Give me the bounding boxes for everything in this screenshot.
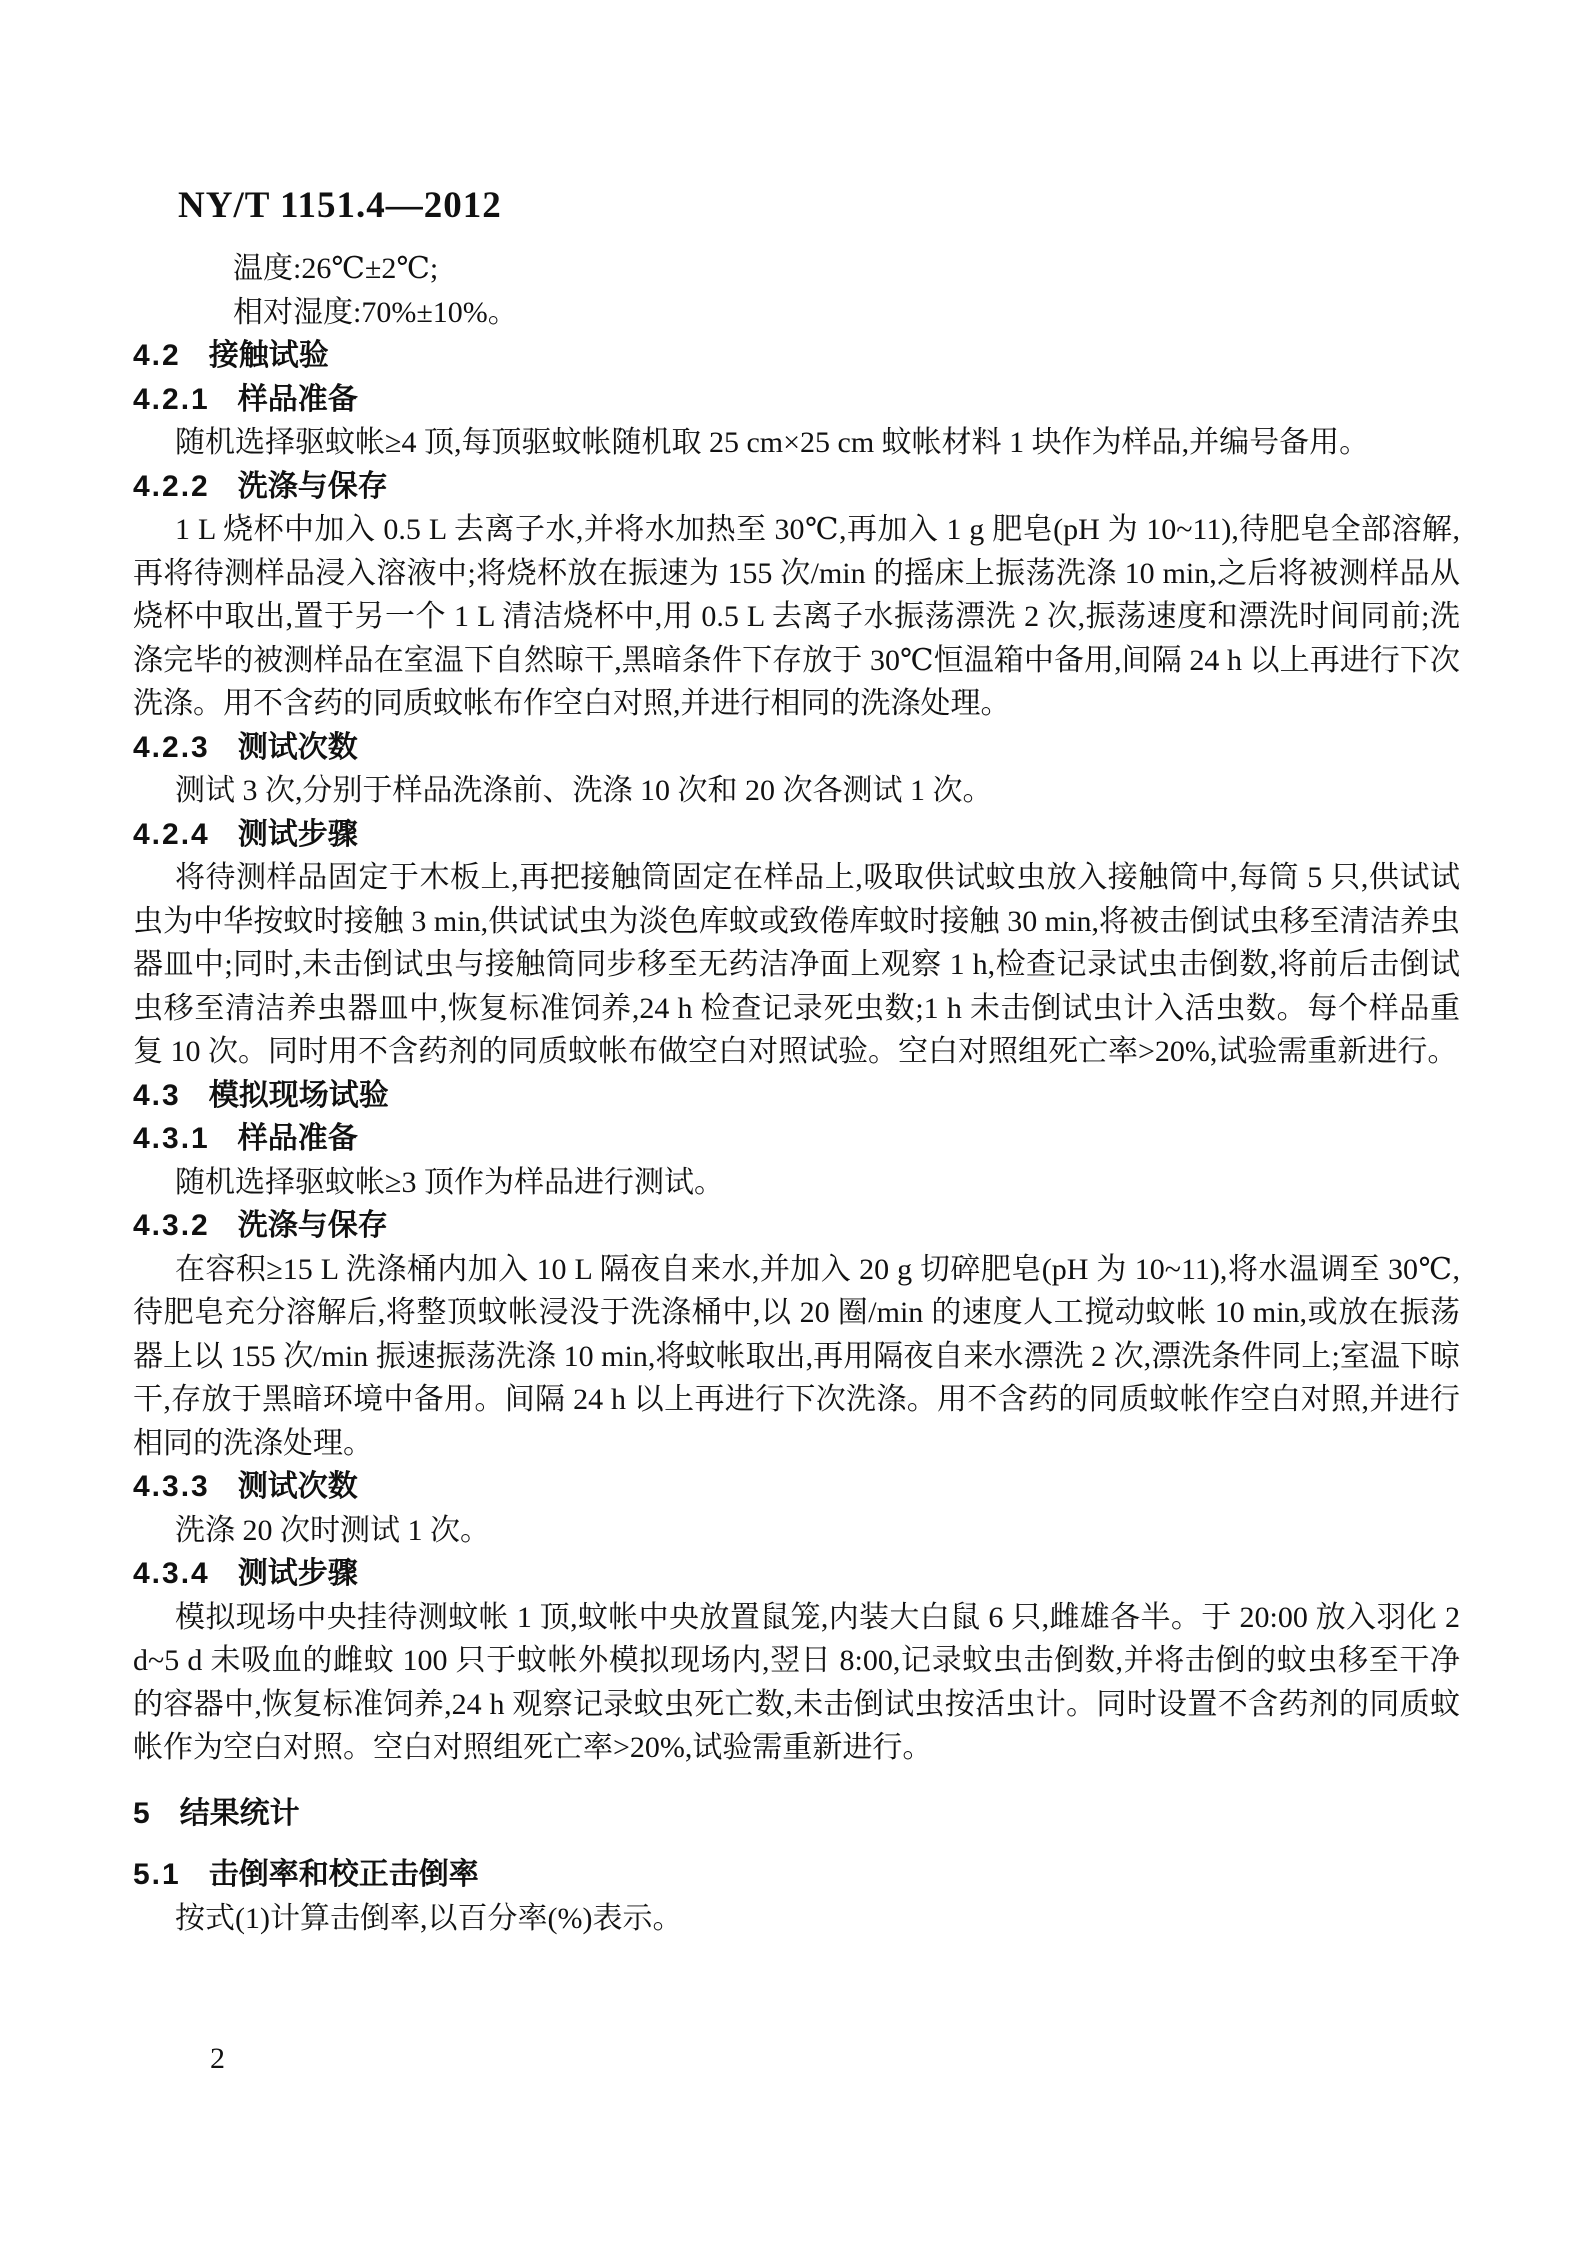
paragraph-field-sample-preparation: 随机选择驱蚊帐≥3 顶作为样品进行测试。 bbox=[133, 1161, 1460, 1205]
paragraph-washing-storage: 1 L 烧杯中加入 0.5 L 去离子水,并将水加热至 30℃,再加入 1 g … bbox=[133, 508, 1460, 726]
section-title: 测试步骤 bbox=[238, 818, 358, 851]
section-title: 样品准备 bbox=[238, 383, 358, 416]
section-title: 模拟现场试验 bbox=[209, 1079, 389, 1112]
section-number: 4.2.2 bbox=[133, 465, 210, 509]
section-heading-4-3-4: 4.3.4测试步骤 bbox=[133, 1552, 1460, 1596]
paragraph-field-test-times: 洗涤 20 次时测试 1 次。 bbox=[133, 1509, 1460, 1553]
section-title: 样品准备 bbox=[238, 1122, 358, 1155]
section-heading-4-2-4: 4.2.4测试步骤 bbox=[133, 813, 1460, 857]
section-heading-4-2-2: 4.2.2洗涤与保存 bbox=[133, 465, 1460, 509]
section-heading-4-2-1: 4.2.1样品准备 bbox=[133, 378, 1460, 422]
section-title: 接触试验 bbox=[209, 339, 329, 372]
section-number: 4.3.1 bbox=[133, 1117, 210, 1161]
section-title: 测试次数 bbox=[238, 1470, 358, 1503]
section-number: 4.3.3 bbox=[133, 1465, 210, 1509]
section-title: 击倒率和校正击倒率 bbox=[209, 1858, 479, 1891]
section-number: 4.3 bbox=[133, 1074, 181, 1118]
section-heading-4-2-3: 4.2.3测试次数 bbox=[133, 726, 1460, 770]
condition-humidity: 相对湿度:70%±10%。 bbox=[133, 291, 1460, 335]
chapter-heading-5: 5结果统计 bbox=[133, 1792, 1460, 1836]
section-heading-4-3-1: 4.3.1样品准备 bbox=[133, 1117, 1460, 1161]
paragraph-test-steps: 将待测样品固定于木板上,再把接触筒固定在样品上,吸取供试蚊虫放入接触筒中,每筒 … bbox=[133, 856, 1460, 1074]
section-title: 洗涤与保存 bbox=[238, 470, 388, 503]
section-number: 4.2.1 bbox=[133, 378, 210, 422]
section-heading-5-1: 5.1击倒率和校正击倒率 bbox=[133, 1853, 1460, 1897]
paragraph-field-washing-storage: 在容积≥15 L 洗涤桶内加入 10 L 隔夜自来水,并加入 20 g 切碎肥皂… bbox=[133, 1248, 1460, 1466]
section-number: 4.3.4 bbox=[133, 1552, 210, 1596]
paragraph-field-test-steps: 模拟现场中央挂待测蚊帐 1 顶,蚊帐中央放置鼠笼,内装大白鼠 6 只,雌雄各半。… bbox=[133, 1596, 1460, 1770]
section-heading-4-3-3: 4.3.3测试次数 bbox=[133, 1465, 1460, 1509]
section-number: 5.1 bbox=[133, 1853, 181, 1897]
chapter-title: 结果统计 bbox=[180, 1797, 300, 1830]
section-heading-4-3: 4.3模拟现场试验 bbox=[133, 1074, 1460, 1118]
condition-temperature: 温度:26℃±2℃; bbox=[133, 247, 1460, 291]
standard-number: NY/T 1151.4—2012 bbox=[178, 184, 502, 227]
document-body: 温度:26℃±2℃; 相对湿度:70%±10%。 4.2接触试验 4.2.1样品… bbox=[133, 247, 1460, 1940]
page-number: 2 bbox=[210, 2042, 225, 2076]
section-number: 4.2 bbox=[133, 334, 181, 378]
section-heading-4-3-2: 4.3.2洗涤与保存 bbox=[133, 1204, 1460, 1248]
section-number: 4.2.3 bbox=[133, 726, 210, 770]
paragraph-sample-preparation: 随机选择驱蚊帐≥4 顶,每顶驱蚊帐随机取 25 cm×25 cm 蚊帐材料 1 … bbox=[133, 421, 1460, 465]
section-title: 测试步骤 bbox=[238, 1557, 358, 1590]
section-title: 测试次数 bbox=[238, 731, 358, 764]
paragraph-test-times: 测试 3 次,分别于样品洗涤前、洗涤 10 次和 20 次各测试 1 次。 bbox=[133, 769, 1460, 813]
section-number: 4.2.4 bbox=[133, 813, 210, 857]
chapter-number: 5 bbox=[133, 1792, 152, 1836]
section-number: 4.3.2 bbox=[133, 1204, 210, 1248]
section-heading-4-2: 4.2接触试验 bbox=[133, 334, 1460, 378]
paragraph-knockdown-formula: 按式(1)计算击倒率,以百分率(%)表示。 bbox=[133, 1897, 1460, 1941]
section-title: 洗涤与保存 bbox=[238, 1209, 388, 1242]
